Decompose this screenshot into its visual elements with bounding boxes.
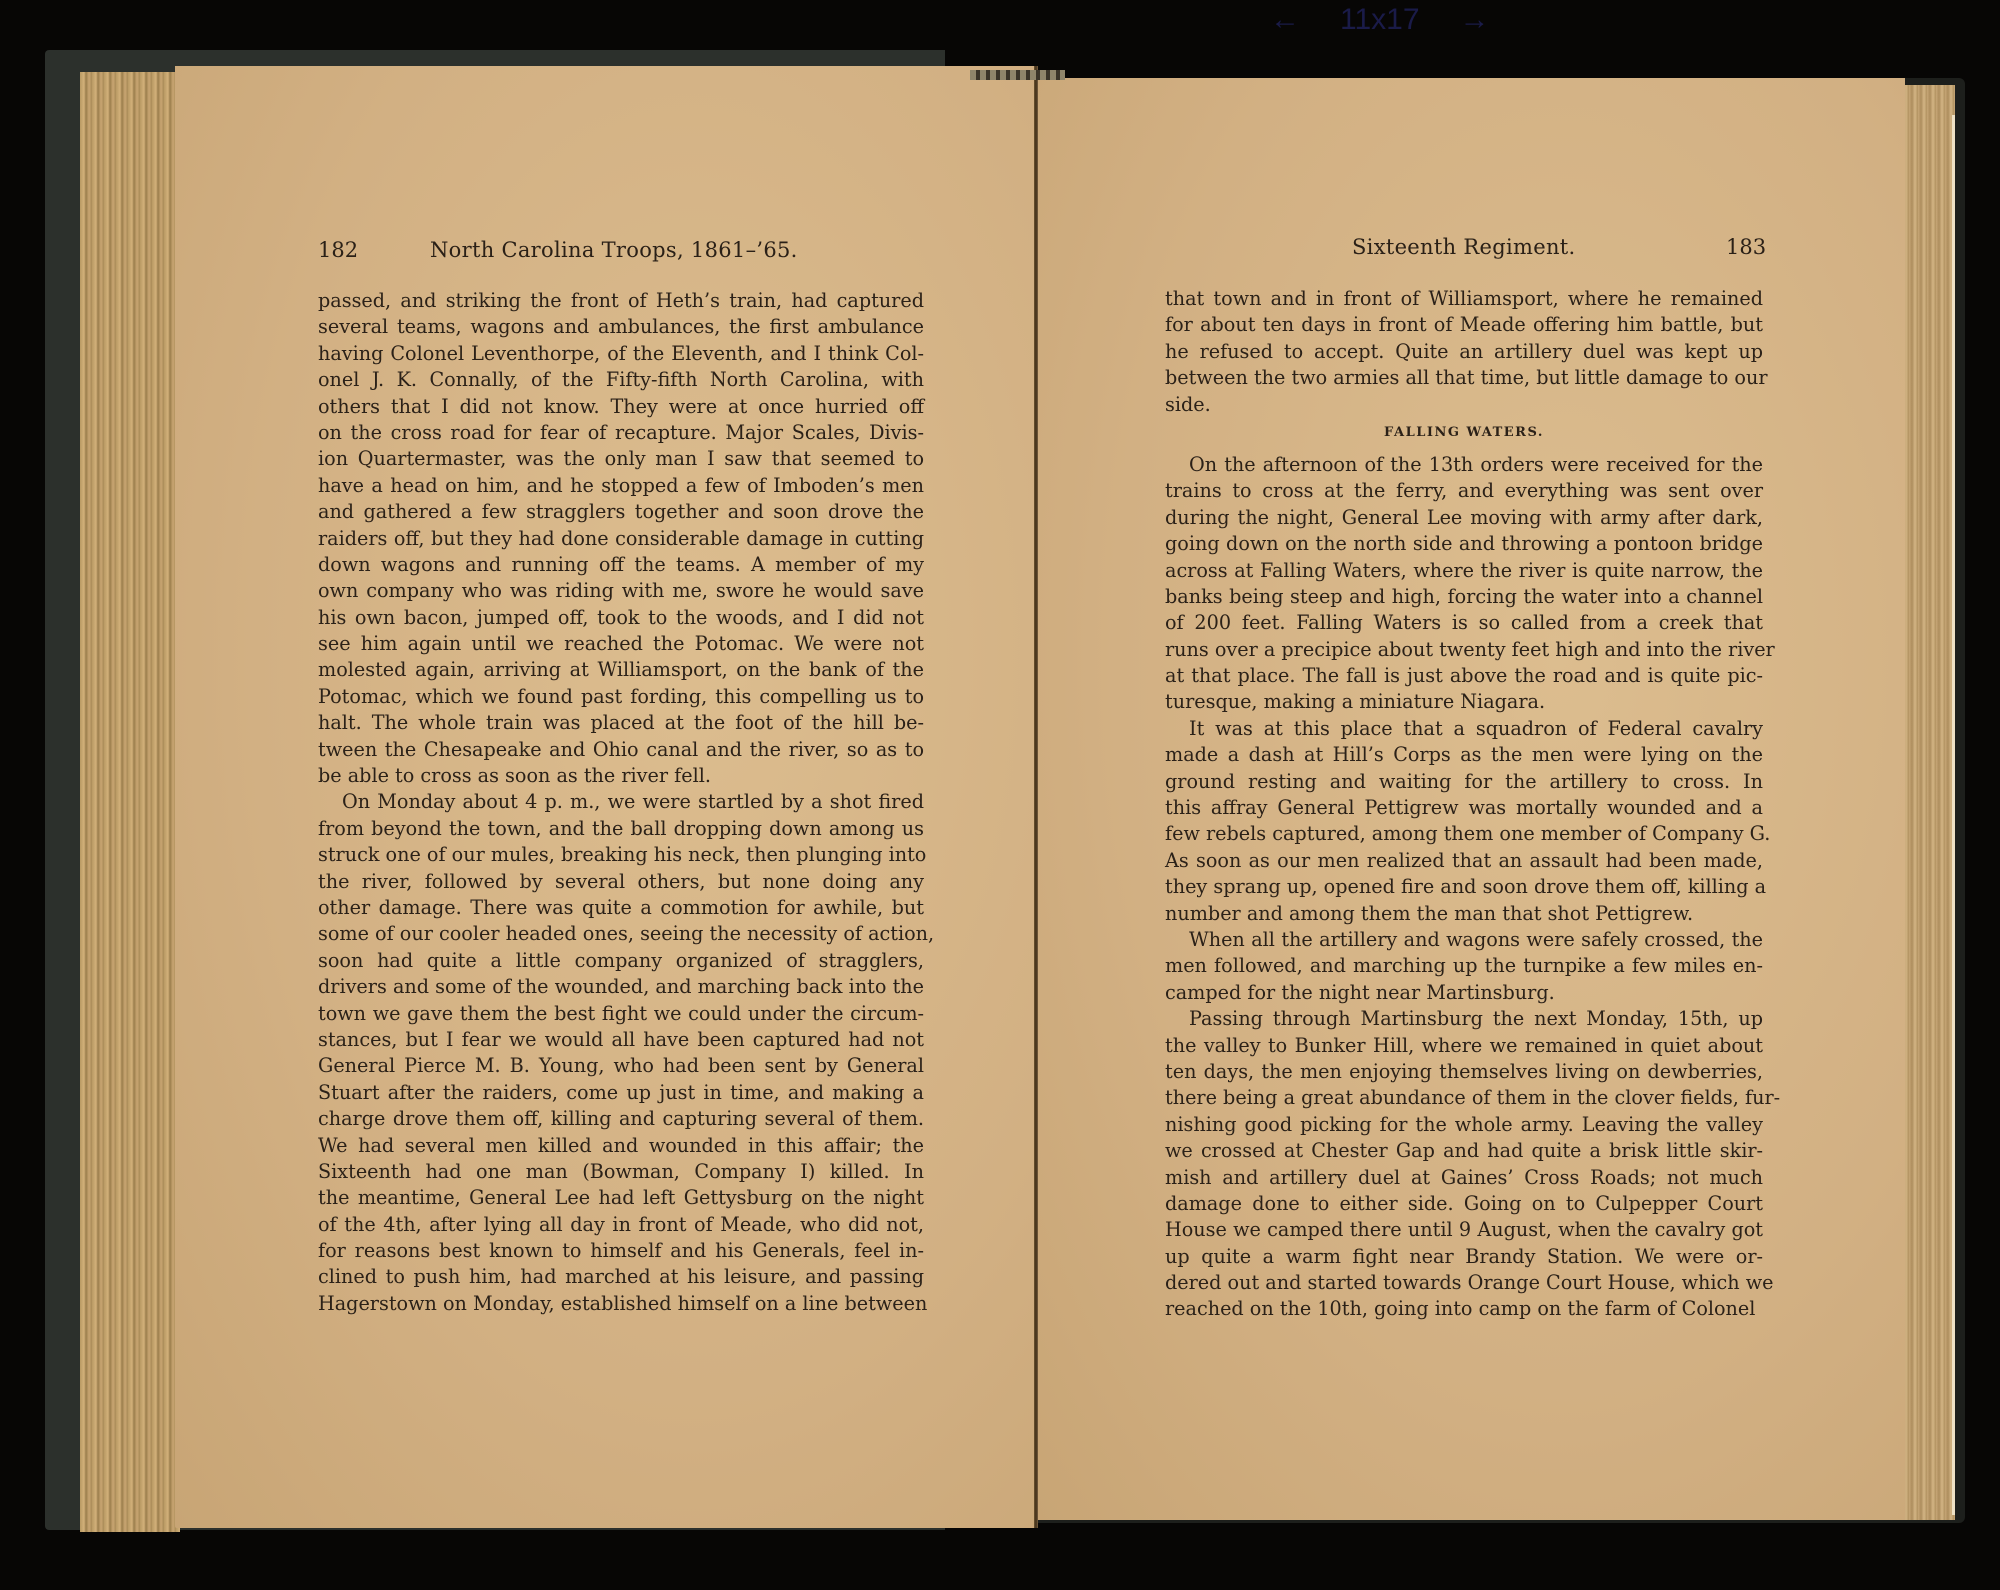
paragraph-group-after-heading: On the afternoon of the 13th orders were… [1165,452,1763,1323]
text-line: other damage. There was quite a commotio… [318,895,924,921]
text-line: Passing through Martinsburg the next Mon… [1165,1006,1763,1032]
text-line: charge drove them off, killing and captu… [318,1106,924,1132]
arrow-left-icon: ← [1270,3,1300,37]
text-line: turesque, making a miniature Niagara. [1165,689,1763,715]
text-line: dered out and started towards Orange Cou… [1165,1270,1763,1296]
text-line: ion Quartermaster, was the only man I sa… [318,446,924,472]
text-line: banks being steep and high, forcing the … [1165,584,1763,610]
right-page-body: that town and in front of Williamsport, … [1165,286,1763,1323]
text-line: molested again, arriving at Williamsport… [318,657,924,683]
text-line: there being a great abundance of them in… [1165,1085,1763,1111]
text-line: ground resting and waiting for the artil… [1165,769,1763,795]
text-line: several teams, wagons and ambulances, th… [318,314,924,340]
text-line: be able to cross as soon as the river fe… [318,763,924,789]
text-line: mish and artillery duel at Gaines’ Cross… [1165,1165,1763,1191]
text-line: number and among them the man that shot … [1165,901,1763,927]
arrow-right-icon: → [1460,3,1490,37]
text-line: they sprang up, opened fire and soon dro… [1165,874,1763,900]
text-line: raiders off, but they had done considera… [318,526,924,552]
text-line: and gathered a few stragglers together a… [318,499,924,525]
text-line: down wagons and running off the teams. A… [318,552,924,578]
text-line: nishing good picking for the whole army.… [1165,1112,1763,1138]
text-line: having Colonel Leventhorpe, of the Eleve… [318,341,924,367]
size-label-text: 11x17 [1340,3,1420,37]
left-page-body: passed, and striking the front of Heth’s… [318,288,924,1317]
text-line: Hagerstown on Monday, established himsel… [318,1291,924,1317]
text-line: of 200 feet. Falling Waters is so called… [1165,610,1763,636]
text-line: between the two armies all that time, bu… [1165,365,1763,391]
left-page: 182 North Carolina Troops, 1861–’65. pas… [175,66,1037,1528]
text-line: that town and in front of Williamsport, … [1165,286,1763,312]
text-line: of the 4th, after lying all day in front… [318,1212,924,1238]
text-line: going down on the north side and throwin… [1165,531,1763,557]
paragraph-group-before-heading: that town and in front of Williamsport, … [1165,286,1763,418]
text-line: for reasons best known to himself and hi… [318,1238,924,1264]
text-line: camped for the night near Martinsburg. [1165,980,1763,1006]
text-line: up quite a warm fight near Brandy Statio… [1165,1244,1763,1270]
text-line: Potomac, which we found past fording, th… [318,684,924,710]
text-line: drivers and some of the wounded, and mar… [318,974,924,1000]
text-line: we crossed at Chester Gap and had quite … [1165,1138,1763,1164]
text-line: for about ten days in front of Meade off… [1165,312,1763,338]
text-line: the river, followed by several others, b… [318,869,924,895]
text-line: town we gave them the best fight we coul… [318,1001,924,1027]
book-headband [970,70,1065,80]
text-line: passed, and striking the front of Heth’s… [318,288,924,314]
text-line: stances, but I fear we would all have be… [318,1027,924,1053]
text-line: at that place. The fall is just above th… [1165,663,1763,689]
book-gutter [1034,66,1038,1528]
page-number-right: 183 [1726,235,1766,259]
text-line: across at Falling Waters, where the rive… [1165,558,1763,584]
text-line: men followed, and marching up the turnpi… [1165,953,1763,979]
text-line: Sixteenth had one man (Bowman, Company I… [318,1159,924,1185]
text-line: It was at this place that a squadron of … [1165,716,1763,742]
text-line: made a dash at Hill’s Corps as the men w… [1165,742,1763,768]
text-line: When all the artillery and wagons were s… [1165,927,1763,953]
text-line: from beyond the town, and the ball dropp… [318,816,924,842]
text-line: House we camped there until 9 August, wh… [1165,1217,1763,1243]
text-line: As soon as our men realized that an assa… [1165,848,1763,874]
text-line: soon had quite a little company organize… [318,948,924,974]
text-line: few rebels captured, among them one memb… [1165,821,1763,847]
section-heading: FALLING WATERS. [1165,418,1763,452]
text-line: trains to cross at the ferry, and everyt… [1165,478,1763,504]
text-line: own company who was riding with me, swor… [318,578,924,604]
page-number-left: 182 [318,238,358,262]
text-line: tween the Chesapeake and Ohio canal and … [318,737,924,763]
page-edges-left [80,72,180,1532]
text-line: during the night, General Lee moving wit… [1165,505,1763,531]
text-line: clined to push him, had marched at his l… [318,1264,924,1290]
text-line: damage done to either side. Going on to … [1165,1191,1763,1217]
text-line: runs over a precipice about twenty feet … [1165,637,1763,663]
text-line: the valley to Bunker Hill, where we rema… [1165,1033,1763,1059]
text-line: see him again until we reached the Potom… [318,631,924,657]
right-page: Sixteenth Regiment. 183 that town and in… [1037,78,1905,1520]
text-line: struck one of our mules, breaking his ne… [318,842,924,868]
text-line: some of our cooler headed ones, seeing t… [318,921,924,947]
text-line: We had several men killed and wounded in… [318,1133,924,1159]
text-line: he refused to accept. Quite an artillery… [1165,339,1763,365]
text-line: Stuart after the raiders, come up just i… [318,1080,924,1106]
text-line: On Monday about 4 p. m., we were startle… [318,789,924,815]
text-line: his own bacon, jumped off, took to the w… [318,605,924,631]
page-edge-highlight [1952,115,1955,1515]
text-line: side. [1165,392,1763,418]
text-line: others that I did not know. They were at… [318,394,924,420]
text-line: onel J. K. Connally, of the Fifty-fifth … [318,367,924,393]
page-edges-right [1900,85,1955,1520]
text-line: on the cross road for fear of recapture.… [318,420,924,446]
text-line: General Pierce M. B. Young, who had been… [318,1053,924,1079]
text-line: have a head on him, and he stopped a few… [318,473,924,499]
text-line: the meantime, General Lee had left Getty… [318,1185,924,1211]
text-line: halt. The whole train was placed at the … [318,710,924,736]
text-line: On the afternoon of the 13th orders were… [1165,452,1763,478]
running-head-left: North Carolina Troops, 1861–’65. [430,238,798,262]
running-head-right: Sixteenth Regiment. [1352,235,1575,259]
text-line: reached on the 10th, going into camp on … [1165,1296,1763,1322]
text-line: this affray General Pettigrew was mortal… [1165,795,1763,821]
top-size-label: ← 11x17 → [1270,2,1490,38]
text-line: ten days, the men enjoying themselves li… [1165,1059,1763,1085]
